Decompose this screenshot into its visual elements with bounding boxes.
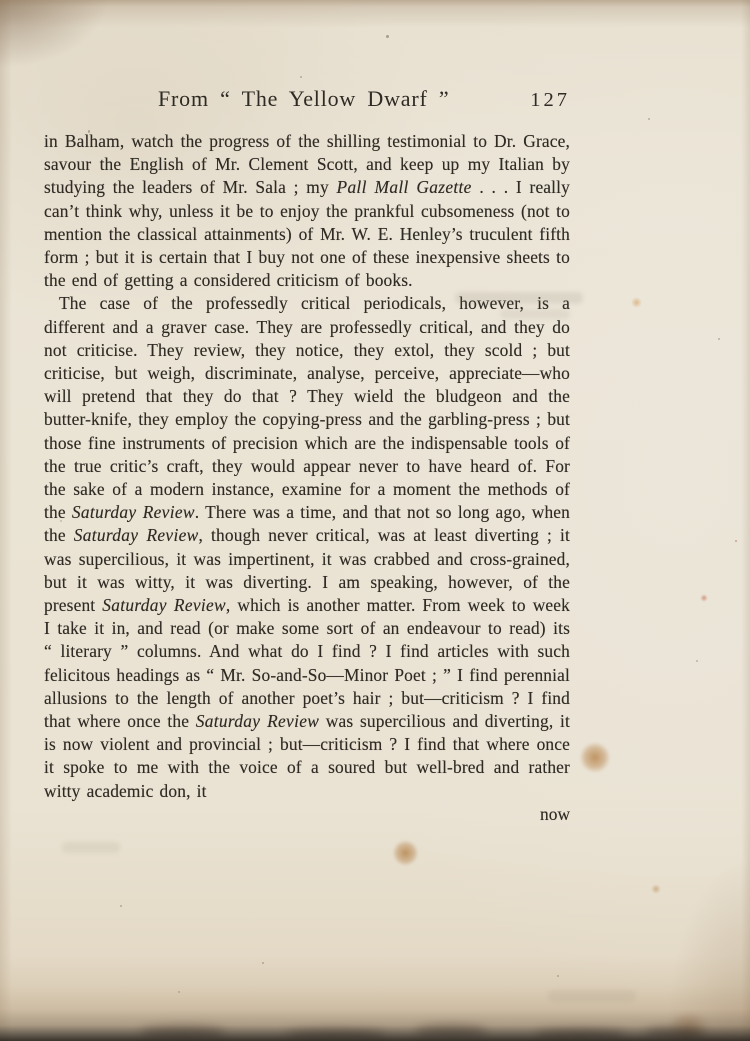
scanned-book-page: { "header": { "title": "From “ The Yello… <box>0 0 750 1041</box>
text-block: in Balham, watch the progress of the shi… <box>44 130 570 803</box>
page-number: 127 <box>530 89 570 112</box>
paragraph: in Balham, watch the progress of the shi… <box>44 130 570 292</box>
catchword: now <box>44 803 570 826</box>
page-content: From “ The Yellow Dwarf ” 127 in Balham,… <box>44 86 570 826</box>
running-header: From “ The Yellow Dwarf ” 127 <box>44 86 570 114</box>
running-header-title: From “ The Yellow Dwarf ” <box>158 86 449 112</box>
italic-text-segment: Pall Mall Gazette <box>337 177 472 197</box>
italic-text-segment: Saturday Review <box>102 595 226 615</box>
italic-text-segment: Saturday Review <box>72 502 195 522</box>
text-segment: The case of the professedly critical per… <box>44 293 570 522</box>
paragraph: The case of the professedly critical per… <box>44 292 570 802</box>
italic-text-segment: Saturday Review <box>74 525 199 545</box>
italic-text-segment: Saturday Review <box>196 711 319 731</box>
